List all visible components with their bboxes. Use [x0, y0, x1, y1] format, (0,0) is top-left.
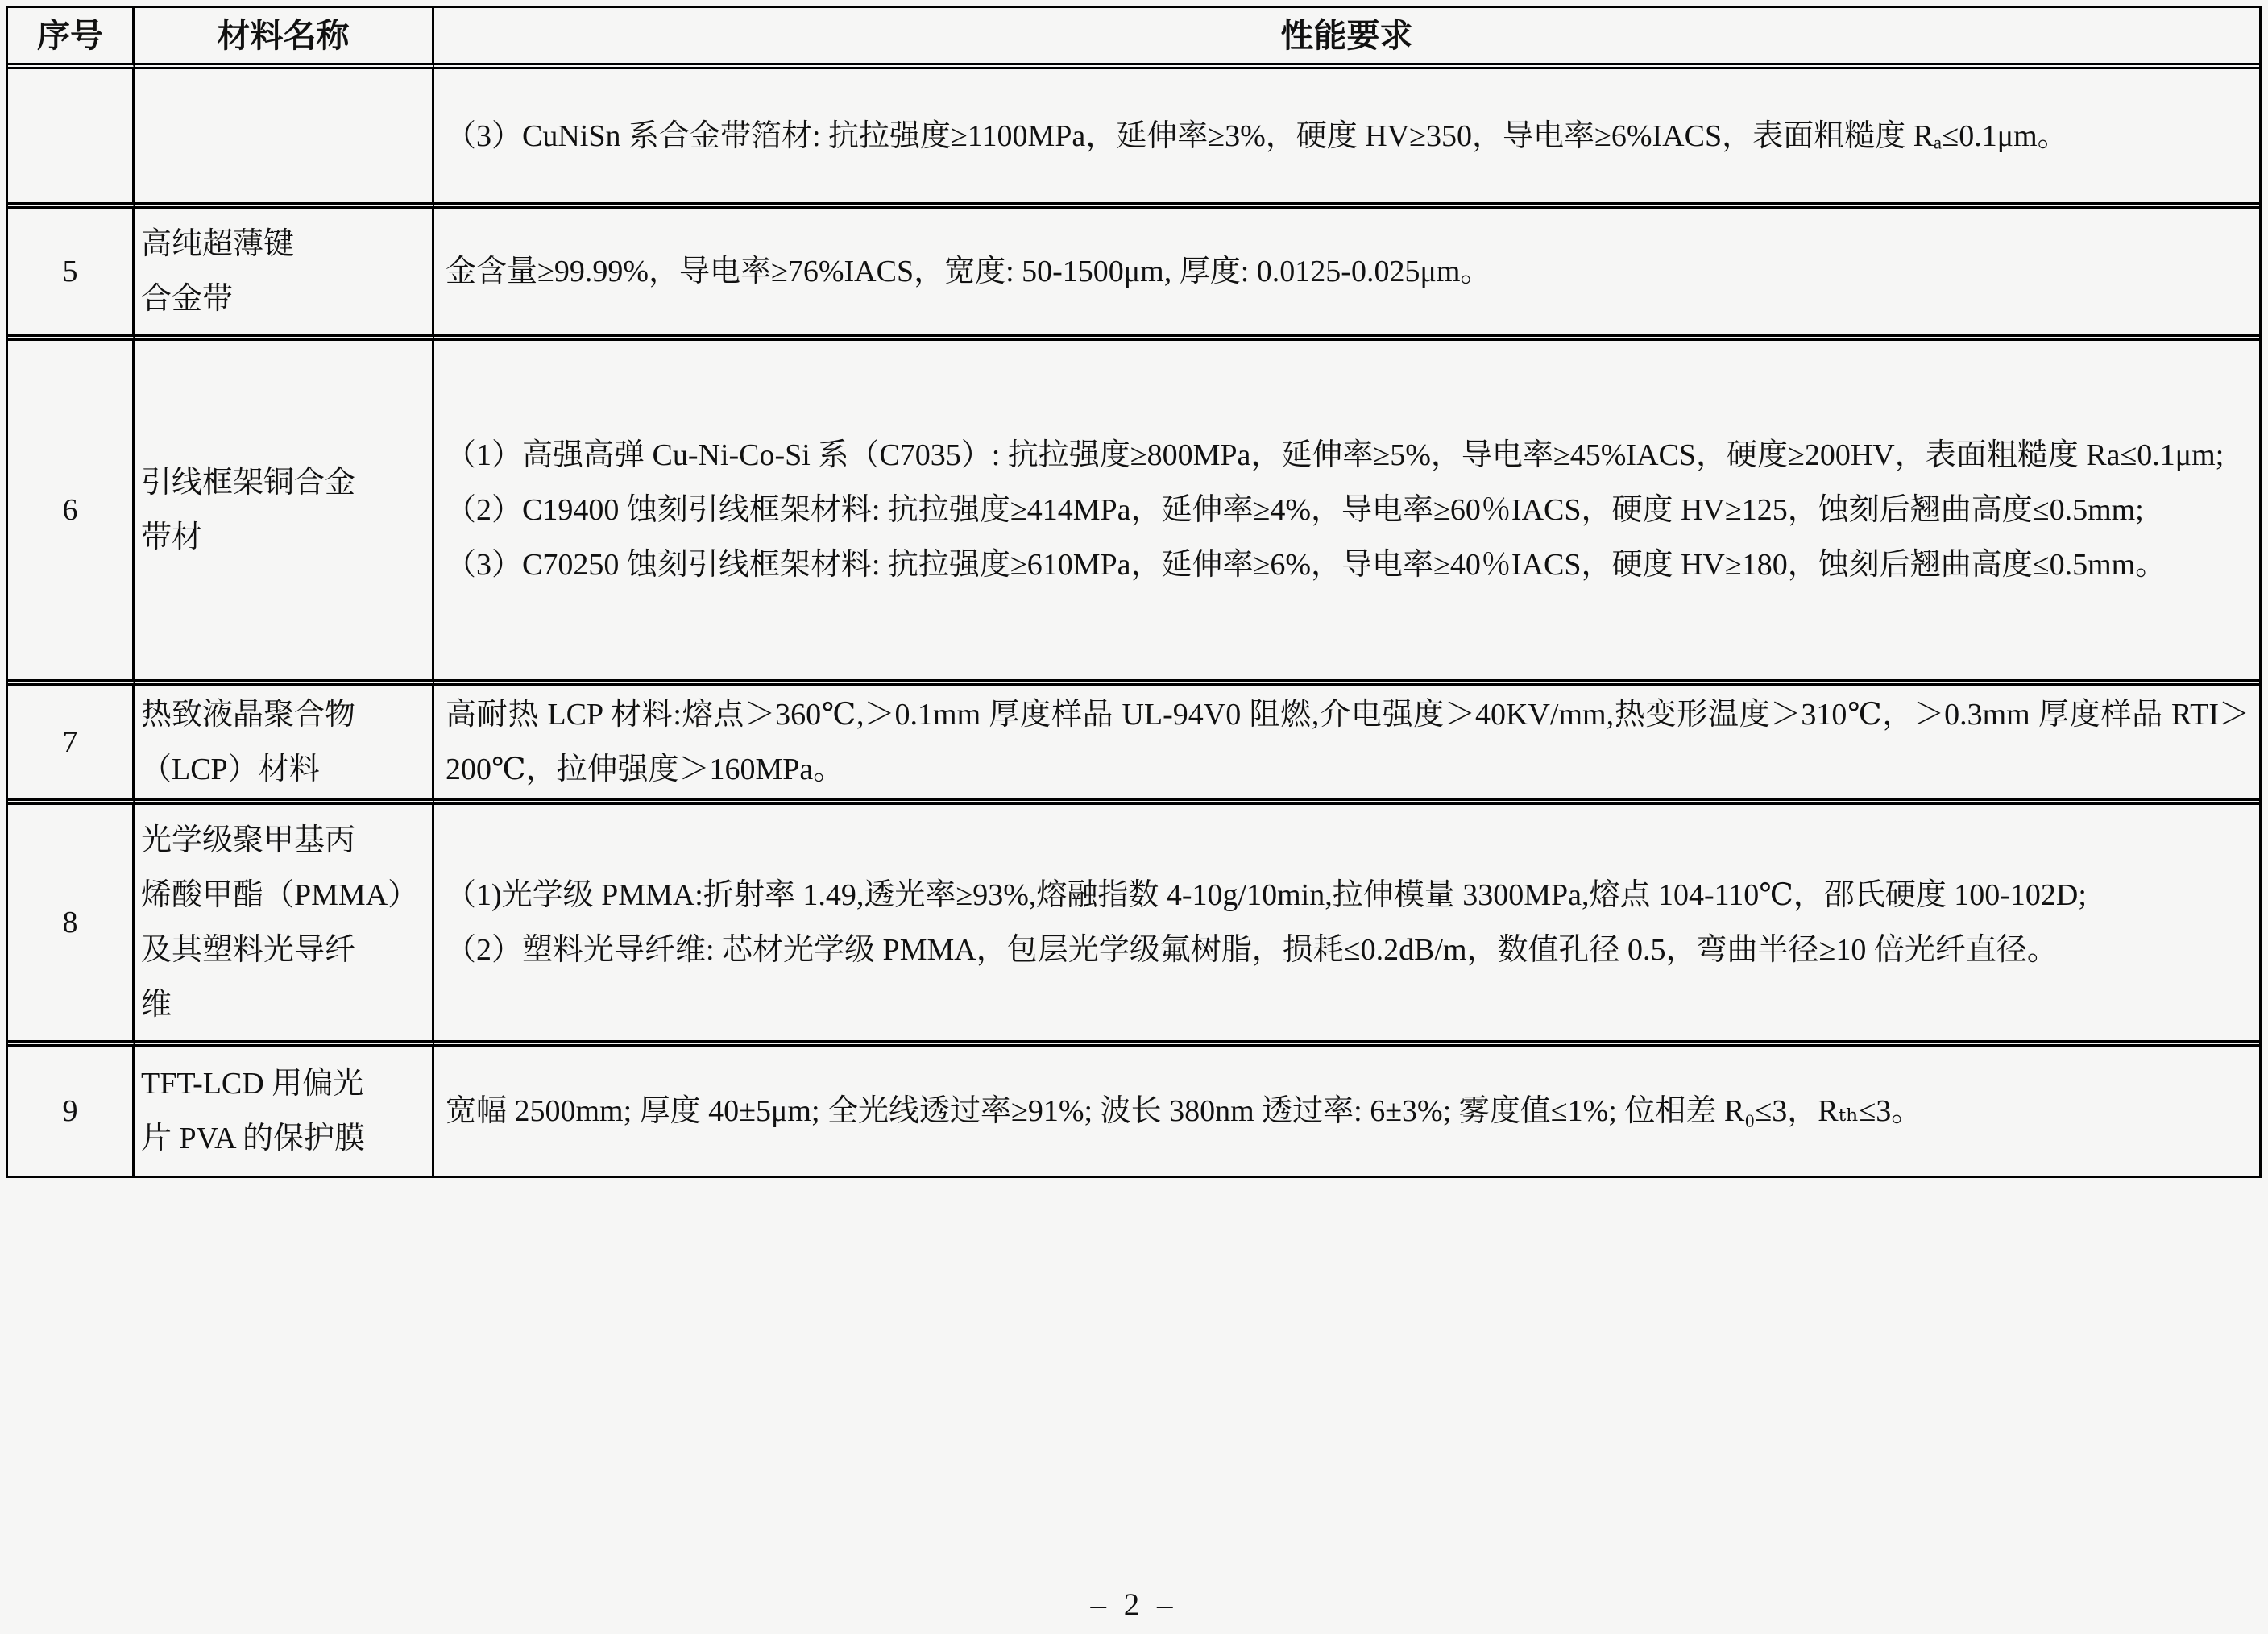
table-row: 9 TFT-LCD 用偏光 片 PVA 的保护膜 宽幅 2500mm; 厚度 4… [8, 1047, 2259, 1176]
document-page: 序号 材料名称 性能要求 （3）CuNiSn 系合金带箔材: 抗拉强度≥1100… [0, 0, 2268, 1634]
table-row: 7 热致液晶聚合物 （LCP）材料 高耐热 LCP 材料:熔点＞360℃,＞0.… [8, 686, 2259, 805]
performance-spec-cell: （3）CuNiSn 系合金带箔材: 抗拉强度≥1100MPa，延伸率≥3%，硬度… [434, 69, 2259, 209]
performance-spec-cell: 金含量≥99.99%，导电率≥76%IACS，宽度: 50-1500μm, 厚度… [434, 209, 2259, 341]
material-name-cell: 光学级聚甲基丙 烯酸甲酯（PMMA） 及其塑料光导纤 维 [135, 805, 434, 1047]
header-material-name: 材料名称 [135, 8, 434, 69]
header-performance-requirements: 性能要求 [434, 8, 2259, 69]
serial-cell: 7 [8, 686, 135, 805]
material-name-cell: 高纯超薄键 合金带 [135, 209, 434, 341]
serial-cell: 6 [8, 341, 135, 686]
material-name-cell [135, 69, 434, 209]
serial-cell: 9 [8, 1047, 135, 1176]
table-row: 5 高纯超薄键 合金带 金含量≥99.99%，导电率≥76%IACS，宽度: 5… [8, 209, 2259, 341]
table-row: 8 光学级聚甲基丙 烯酸甲酯（PMMA） 及其塑料光导纤 维 （1)光学级 PM… [8, 805, 2259, 1047]
performance-spec-cell: 宽幅 2500mm; 厚度 40±5μm; 全光线透过率≥91%; 波长 380… [434, 1047, 2259, 1176]
performance-spec-cell: （1）高强高弹 Cu-Ni-Co-Si 系（C7035）: 抗拉强度≥800MP… [434, 341, 2259, 686]
material-name-cell: 热致液晶聚合物 （LCP）材料 [135, 686, 434, 805]
table-row: （3）CuNiSn 系合金带箔材: 抗拉强度≥1100MPa，延伸率≥3%，硬度… [8, 69, 2259, 209]
serial-cell [8, 69, 135, 209]
material-name-cell: TFT-LCD 用偏光 片 PVA 的保护膜 [135, 1047, 434, 1176]
header-row: 序号 材料名称 性能要求 [8, 8, 2259, 69]
page-number: – 2 – [0, 1586, 2268, 1623]
serial-cell: 5 [8, 209, 135, 341]
table-row: 6 引线框架铜合金 带材 （1）高强高弹 Cu-Ni-Co-Si 系（C7035… [8, 341, 2259, 686]
performance-spec-cell: 高耐热 LCP 材料:熔点＞360℃,＞0.1mm 厚度样品 UL-94V0 阻… [434, 686, 2259, 805]
material-name-cell: 引线框架铜合金 带材 [135, 341, 434, 686]
materials-table: 序号 材料名称 性能要求 （3）CuNiSn 系合金带箔材: 抗拉强度≥1100… [6, 6, 2262, 1178]
performance-spec-cell: （1)光学级 PMMA:折射率 1.49,透光率≥93%,熔融指数 4-10g/… [434, 805, 2259, 1047]
header-serial-number: 序号 [8, 8, 135, 69]
serial-cell: 8 [8, 805, 135, 1047]
